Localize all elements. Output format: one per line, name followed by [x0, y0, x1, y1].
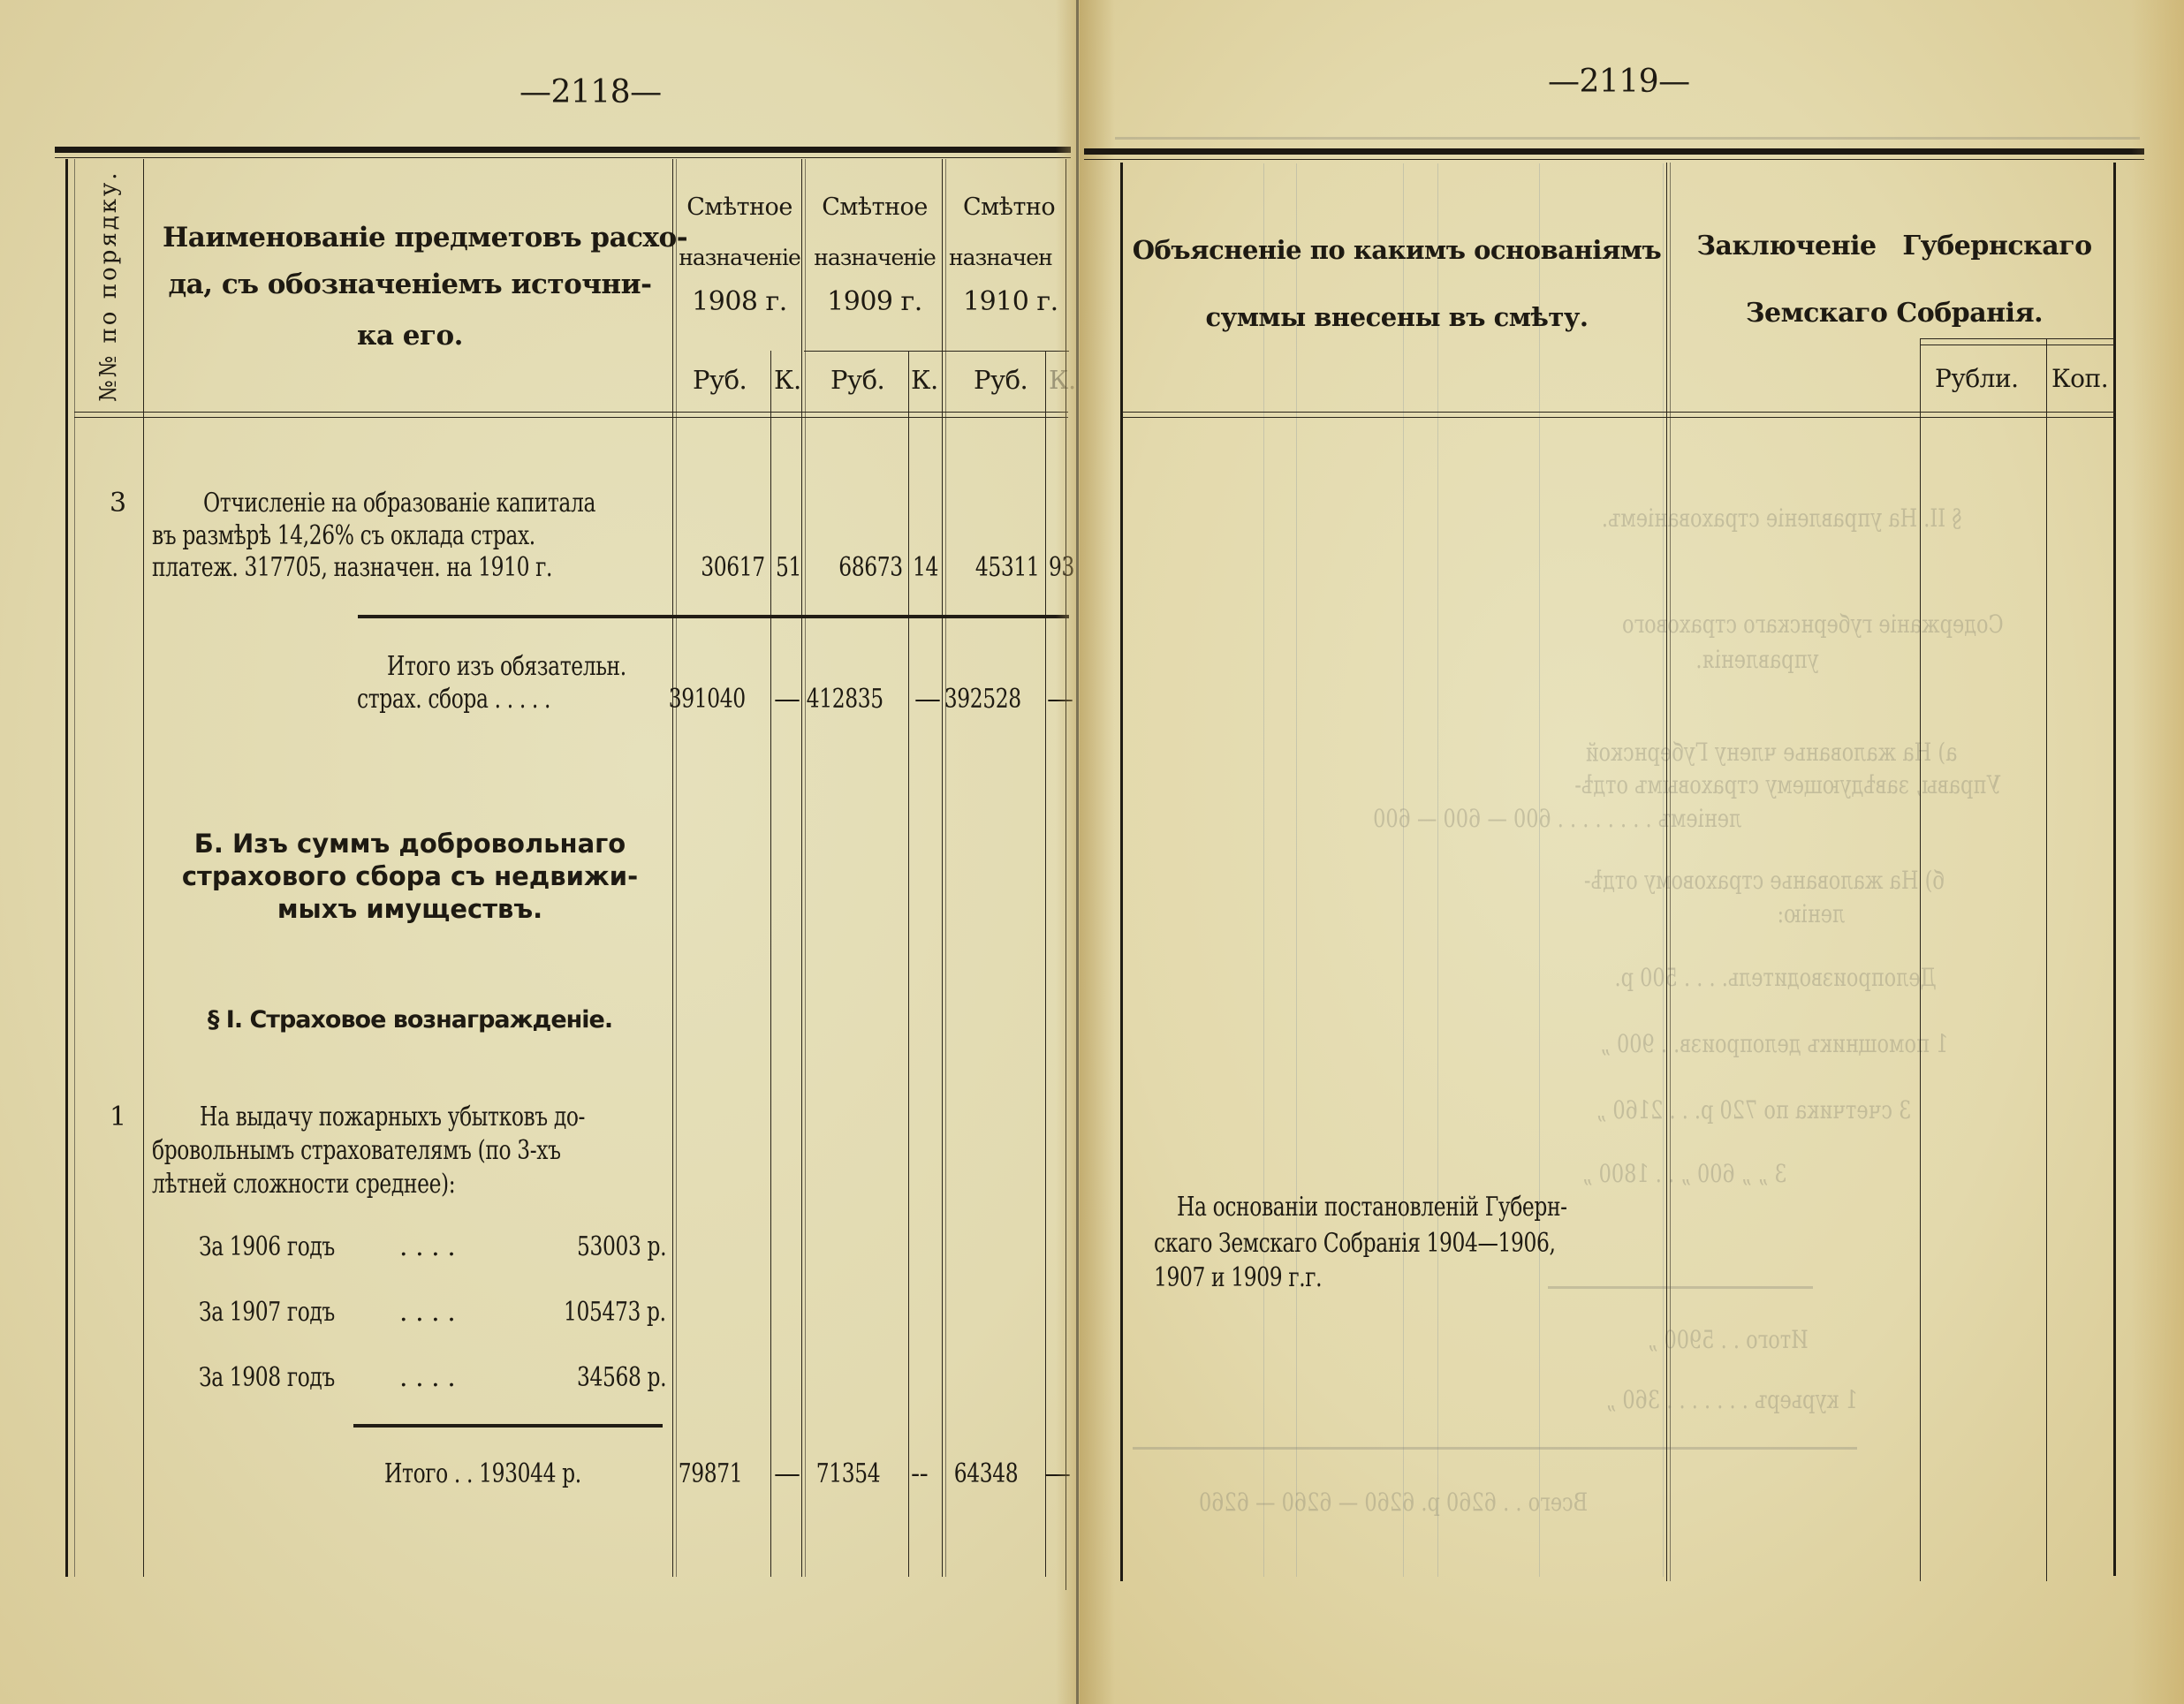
- rubli-label: Рубли.: [1935, 364, 2019, 394]
- budget-1908-header-line-2: назначеніе: [675, 243, 804, 273]
- year-1908-dots: . . . .: [399, 1363, 455, 1393]
- bleed-rule: [1115, 137, 2140, 140]
- bleed-text: Содержаніе губернскаго страхового: [1622, 610, 2004, 639]
- row-3-1908-rub: 30617: [689, 553, 765, 583]
- year-1907-dots: . . . .: [399, 1298, 455, 1328]
- bleed-text: а) На жалованье члену Губернской: [1586, 738, 1958, 767]
- col-divider-1910-kop: [1045, 351, 1046, 1577]
- row-3-desc-line-2: въ размѣрѣ 14,26% съ оклада страх.: [152, 521, 535, 551]
- item-1-total-1909-rub: 71354: [806, 1459, 880, 1489]
- row-3-1909-rub: 68673: [827, 553, 903, 583]
- bleed-col-line: [1296, 163, 1297, 1577]
- table-left-border: [65, 159, 68, 1577]
- basis-text-line-3: 1907 и 1909 г.г.: [1154, 1263, 1322, 1293]
- col-divider-1908-kop: [770, 351, 771, 1577]
- budget-1908-rub-label: Руб.: [693, 365, 747, 395]
- bleed-col-line: [1403, 163, 1404, 1577]
- budget-1909-header-line-3: 1909 г.: [808, 287, 941, 317]
- budget-1908-header-line-3: 1908 г.: [679, 287, 800, 317]
- row-3-1909-kop: 14: [913, 553, 938, 583]
- bleed-text: Всего . . 6260 р. 6260 — 6260 — 6260: [1199, 1488, 1588, 1517]
- row-3-desc-line-3: платеж. 317705, назначен. на 1910 г.: [152, 553, 552, 583]
- col-divider-1908-double: [805, 159, 806, 1577]
- col-divider-rubli: [1920, 338, 1921, 1581]
- rubli-top-line-double: [1920, 345, 2114, 345]
- item-1-total-1908-kop: —: [774, 1459, 800, 1489]
- bleed-text: 3 „ „ 600 „ . . 1800 „: [1582, 1159, 1787, 1188]
- year-1907-amount: 105473 р.: [518, 1298, 666, 1328]
- col-divider-explanation: [1666, 163, 1667, 1581]
- budget-1908-kop-label: К.: [774, 365, 801, 395]
- bleed-col-line: [1263, 163, 1264, 1577]
- row-3-1910-rub: 45311: [962, 553, 1039, 583]
- subtotal-1909-rub: 412835: [804, 685, 883, 715]
- bleed-rule: [1548, 1286, 1813, 1289]
- item-1-desc-line-3: лѣтней сложности среднее):: [152, 1170, 455, 1200]
- col-divider-1908: [801, 159, 802, 1577]
- budget-1910-rub-label: Руб.: [974, 365, 1028, 395]
- bleed-rule: [1133, 1447, 1857, 1450]
- bleed-text: 1 помощникъ делопроизв. . 900 „: [1600, 1029, 1948, 1058]
- bleed-text: Делопроизводитель. . . . 500 р.: [1615, 963, 1937, 992]
- item-1-total-1908-rub: 79871: [668, 1459, 742, 1489]
- section-b-title-line-2: страхового сбора съ недвижи-: [163, 861, 657, 891]
- bleed-text: § II. На управленіе страхованіемъ.: [1602, 504, 1962, 533]
- bleed-text: Итого . . 5900 „: [1648, 1325, 1809, 1354]
- item-1-total-label: Итого . . 193044 р.: [384, 1459, 581, 1489]
- col-divider-number: [143, 159, 144, 1577]
- budget-1908-header-line-1: Смѣтное: [679, 193, 800, 223]
- subtotal-rule: [358, 615, 1069, 618]
- page-edge-shadow: [2131, 0, 2184, 1704]
- col-divider-name: [672, 159, 673, 1577]
- top-rule-thin: [55, 157, 1071, 158]
- basis-text-line-2: скаго Земскаго Собранія 1904—1906,: [1154, 1229, 1556, 1259]
- header-bottom-rule: [74, 412, 1068, 413]
- col-divider-name-double: [676, 159, 677, 1577]
- row-3-1908-kop: 51: [776, 553, 801, 583]
- bleed-col-line: [1539, 163, 1540, 1577]
- col-divider-1909-double: [945, 159, 946, 1577]
- item-1-total-rule: [353, 1424, 663, 1428]
- row-3-number: 3: [110, 488, 126, 519]
- gutter-fold-line: [1076, 0, 1079, 1704]
- row-number-header: №№ по порядку.: [95, 170, 122, 402]
- top-rule: [1084, 148, 2144, 155]
- page-number: —2118—: [519, 78, 662, 108]
- conclusion-header-line-1: Заключеніе Губернскаго: [1673, 231, 2115, 261]
- subtotal-label-line-2: страх. сбора . . . . .: [357, 685, 550, 715]
- bleed-col-line: [1437, 163, 1438, 1577]
- rubli-top-line: [1920, 338, 2114, 339]
- item-1-total-1910-rub: 64348: [944, 1459, 1018, 1489]
- budget-1909-kop-label: К.: [911, 365, 938, 395]
- item-name-header-line-3: ка его.: [163, 321, 657, 351]
- subtotal-1908-kop: —: [774, 685, 800, 715]
- gutter-shadow-right: [1080, 0, 1115, 1704]
- col-divider-1909-kop: [908, 351, 909, 1577]
- bleed-text: б) На жалованье страховому отдѣ-: [1584, 866, 1945, 895]
- col-divider-kop: [2046, 338, 2047, 1581]
- budget-1910-header-line-1: Смѣтно: [963, 193, 1055, 223]
- item-1-desc-line-2: бровольнымъ страхователямъ (по 3-хъ: [152, 1136, 561, 1166]
- subtotal-1909-kop: —: [914, 685, 941, 715]
- year-1908-label: За 1908 годъ: [199, 1363, 335, 1393]
- item-1-desc-line-1: На выдачу пожарныхъ убытковъ до-: [200, 1102, 585, 1132]
- subtotal-1908-rub: 391040: [666, 685, 746, 715]
- header-bottom-rule: [1122, 412, 2115, 413]
- item-name-header-line-2: да, съ обозначеніемъ источни-: [163, 269, 657, 299]
- subtotal-label-line-1: Итого изъ обязательн.: [387, 652, 626, 682]
- item-1-total-1909-kop: --: [911, 1459, 928, 1489]
- budget-1909-header-line-2: назначеніе: [806, 243, 944, 273]
- header-bottom-rule-double: [74, 417, 1068, 418]
- col-divider-1909: [942, 159, 943, 1577]
- col-divider-explanation-double: [1670, 163, 1671, 1581]
- top-rule: [55, 147, 1071, 153]
- conclusion-header-line-2: Земскаго Собранія.: [1673, 299, 2115, 329]
- budget-1910-header-line-3: 1910 г.: [963, 287, 1058, 317]
- page-number: —2119—: [1548, 67, 1690, 97]
- subtotal-1910-rub: 392528: [942, 685, 1021, 715]
- bleed-text: управленія.: [1695, 645, 1818, 674]
- budget-1909-rub-label: Руб.: [830, 365, 884, 395]
- budget-1910-header-line-2: назначен: [949, 243, 1052, 273]
- basis-text-line-1: На основаніи постановленій Губерн-: [1177, 1193, 1567, 1223]
- explanation-header-line-1: Объясненіе по какимъ основаніямъ: [1129, 235, 1665, 265]
- year-1906-amount: 53003 р.: [535, 1232, 666, 1262]
- item-1-number: 1: [110, 1102, 126, 1132]
- year-1907-label: За 1907 годъ: [199, 1298, 335, 1328]
- year-1906-label: За 1906 годъ: [199, 1232, 335, 1262]
- top-rule-thin: [1084, 159, 2144, 160]
- left-page: —2118— №№ по порядку. Наименованіе предм…: [0, 0, 1080, 1704]
- bleed-text: 3 счетчика по 720 р. . . 2160 „: [1596, 1095, 1912, 1125]
- table-inner-border: [74, 159, 75, 1577]
- bleed-text: леніемъ . . . . . . . . 600 — 600 — 600: [1373, 804, 1741, 833]
- bleed-text: 1 курьеръ . . . . . . . 360 „: [1606, 1385, 1858, 1414]
- subheader-line: [804, 351, 1069, 352]
- kop-label: Коп.: [2051, 364, 2108, 394]
- explanation-header-line-2: суммы внесены въ смѣту.: [1129, 302, 1665, 332]
- table-left-border: [1120, 163, 1123, 1581]
- section-b-title-line-3: мыхъ имуществъ.: [163, 894, 657, 924]
- right-page: —2119— § II. На управленіе страхованіемъ…: [1080, 0, 2184, 1704]
- year-1906-dots: . . . .: [399, 1232, 455, 1262]
- header-bottom-rule-double: [1122, 417, 2115, 418]
- table-right-border: [2113, 163, 2116, 1576]
- year-1908-amount: 34568 р.: [535, 1363, 666, 1393]
- bleed-text: Управы, завѣдующему страховымъ отдѣ-: [1574, 770, 2000, 799]
- row-3-desc-line-1: Отчисленіе на образованіе капитала: [203, 488, 595, 519]
- section-b-title-line-1: Б. Изъ суммъ добровольнаго: [163, 829, 657, 859]
- bleed-text: ленію:: [1778, 899, 1846, 928]
- budget-1909-header-line-1: Смѣтное: [808, 193, 941, 223]
- paragraph-1-title: § I. Страховое вознагражденіе.: [163, 1005, 657, 1035]
- item-name-header-line-1: Наименованіе предметовъ расхо-: [163, 223, 657, 253]
